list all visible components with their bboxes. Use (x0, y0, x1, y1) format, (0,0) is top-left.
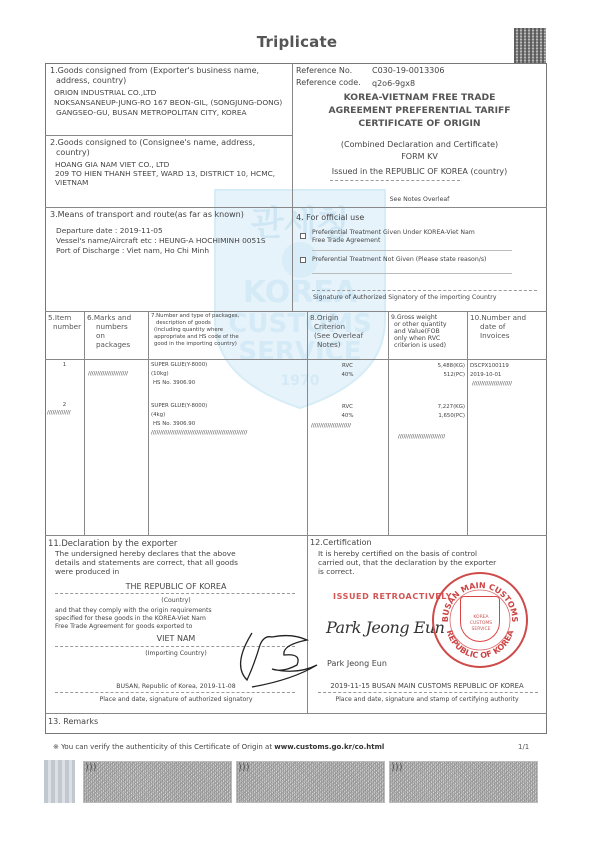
preferential-given-label: Preferential Treatment Given Under KOREA… (312, 229, 475, 237)
header-desc-cont: good in the importing country) (154, 341, 237, 348)
reference-code-label: Reference code. (296, 78, 361, 88)
issued-in: Issued in the REPUBLIC OF KOREA (country… (292, 167, 547, 177)
box4-label: 4. For official use (296, 213, 364, 223)
stamp-text: CUSTOMS (461, 621, 501, 627)
security-mark-icon: ))) (85, 763, 97, 773)
security-barcode: ))) (83, 761, 232, 803)
divider (307, 311, 308, 535)
divider (388, 311, 389, 535)
row2-desc-marks: ////////////////////////////////////////… (151, 430, 247, 437)
box2-label-cont: country) (56, 148, 90, 158)
preferential-given-label-cont: Free Trade Agreement (312, 237, 380, 245)
page-number: 1/1 (518, 743, 529, 751)
remarks-label: 13. Remarks (48, 717, 98, 727)
divider (45, 135, 292, 136)
declaration-text-1: The undersigned hereby declares that the… (55, 549, 236, 558)
producing-country: THE REPUBLIC OF KOREA (45, 582, 307, 592)
preferential-not-given-checkbox[interactable] (300, 257, 306, 263)
row2-desc-1: SUPER GLUE(Y-8000) (151, 403, 207, 410)
header-item-cont: number (53, 323, 81, 331)
box2-label: 2.Goods consigned to (Consignee's name, … (50, 138, 255, 148)
security-barcode-small (44, 760, 75, 803)
divider (84, 311, 85, 535)
row2-origin-marks: ////////////////////// (311, 423, 351, 430)
certifier-place-label: Place and date, signature and stamp of c… (307, 696, 547, 704)
verify-note: ※ You can verify the authenticity of thi… (53, 743, 384, 751)
row2-desc-2: (4kg) (151, 412, 165, 419)
row2-desc-3: HS No. 3906.90 (153, 421, 195, 428)
line (312, 250, 512, 251)
exporter-place-date: BUSAN, Republic of Korea, 2019-11-08 (45, 683, 307, 691)
box1-label-cont: address, country) (56, 76, 126, 86)
header-marks: 6.Marks and (87, 314, 131, 322)
exporter-address-2: GANGSEO-GU, BUSAN METROPOLITAN CITY, KOR… (56, 108, 247, 117)
certification-text-2: carried out, that the declaration by the… (318, 558, 496, 567)
security-mark-icon: ))) (391, 763, 403, 773)
verify-link[interactable]: www.customs.go.kr/co.html (274, 743, 384, 751)
row2-weight-2: 1,650(PC) (388, 413, 465, 420)
row2-origin-2: 40% (307, 413, 388, 420)
exporter-address-1: NOKSANSANEUP-JUNG-RO 167 BEON-GIL, (SONG… (54, 98, 282, 107)
row1-desc-3: HS No. 3906.90 (153, 380, 195, 387)
header-desc-cont: appropriate and HS code of the (154, 334, 239, 341)
header-weight-cont: criterion is used) (394, 342, 446, 350)
cert-title-line1: KOREA-VIETNAM FREE TRADE (292, 92, 547, 104)
row1-origin-2: 40% (307, 372, 388, 379)
cert-title-line2: AGREEMENT PREFERENTIAL TARIFF (292, 105, 547, 117)
divider (467, 311, 468, 535)
box3-label: 3.Means of transport and route(as far as… (50, 210, 244, 220)
customs-shield-icon: KOREA CUSTOMS SERVICE (460, 596, 500, 642)
invoice-marks: ////////////////////// (472, 381, 512, 388)
certifier-name: Park Jeong Eun (327, 659, 387, 669)
exporter-place-label: Place and date, signature of authorized … (45, 696, 307, 704)
header-marks-cont: packages (96, 341, 130, 349)
certification-text-3: is correct. (318, 567, 354, 576)
divider (45, 359, 547, 360)
certification-text-1: It is hereby certified on the basis of c… (318, 549, 477, 558)
verify-text: ※ You can verify the authenticity of thi… (53, 743, 274, 751)
dash-line (55, 593, 295, 594)
row2-origin-1: RVC (307, 404, 388, 411)
row1-desc-2: (10kg) (151, 371, 169, 378)
divider (148, 311, 149, 535)
header-invoice: 10.Number and (470, 314, 526, 322)
row1-marks: ////////////////////// (88, 371, 128, 378)
security-barcode: ))) (236, 761, 385, 803)
header-marks-cont: on (96, 332, 105, 340)
dash-line (318, 692, 538, 693)
security-mark-icon: ))) (238, 763, 250, 773)
header-origin: 8.Origin (310, 314, 339, 322)
row1-weight-1: 5,488(KG) (388, 363, 465, 370)
header-desc-cont: (including quantity where (154, 327, 223, 334)
header-desc-cont: description of goods (156, 320, 211, 327)
see-notes: See Notes Overleaf (292, 196, 547, 204)
divider (45, 535, 547, 536)
header-origin-cont: Notes) (317, 341, 341, 349)
row1-weight-2: 512(PC) (388, 372, 465, 379)
declaration-text-2: details and statements are correct, that… (55, 558, 238, 567)
stamp-text: SERVICE (461, 627, 501, 633)
header-item: 5.Item (48, 314, 71, 322)
exporter-name: ORION INDUSTRIAL CO.,LTD (54, 88, 156, 97)
row1-item: 1 (45, 362, 84, 369)
country-label: (Country) (45, 597, 307, 605)
preferential-given-checkbox[interactable] (300, 233, 306, 239)
reference-no-value: C030-19-0013306 (372, 66, 444, 76)
declaration-text-5: specified for these goods in the KOREA-V… (55, 615, 206, 623)
divider (45, 207, 547, 208)
header-origin-cont: Criterion (314, 323, 345, 331)
declaration-text-6: Free Trade Agreement for goods exported … (55, 623, 192, 631)
document-title: Triplicate (0, 33, 594, 51)
divider (45, 713, 547, 714)
preferential-not-given-label: Preferential Treatment Not Given (Please… (312, 256, 486, 264)
box11-label: 11.Declaration by the exporter (48, 538, 177, 548)
invoice-number: DSCPX100119 (470, 363, 509, 370)
header-origin-cont: (See Overleaf (314, 332, 363, 340)
customs-stamp: BUSAN MAIN CUSTOMS REPUBLIC OF KOREA KOR… (432, 572, 528, 668)
dash-line (330, 180, 460, 181)
qr-code (514, 28, 546, 63)
declaration-text-4: and that they comply with the origin req… (55, 607, 212, 615)
certifier-place-date: 2019-11-15 BUSAN MAIN CUSTOMS REPUBLIC O… (307, 683, 547, 691)
declaration-text-3: were produced in (55, 567, 119, 576)
reference-code-value: q2o6-9gx8 (372, 79, 415, 89)
box12-label: 12.Certification (310, 538, 372, 548)
row2-item: 2 (45, 402, 84, 409)
cert-title-line3: CERTIFICATE OF ORIGIN (292, 118, 547, 130)
consignee-name: HOANG GIA NAM VIET CO., LTD (55, 160, 169, 169)
row2-item-marks: ///////////// (47, 410, 71, 417)
reason-line (312, 273, 512, 274)
stamp-text: KOREA (461, 615, 501, 621)
form-name: FORM KV (292, 152, 547, 162)
box1-label: 1.Goods consigned from (Exporter's busin… (50, 66, 259, 76)
security-barcode: ))) (389, 761, 538, 803)
port-of-discharge: Port of Discharge : Viet nam, Ho Chi Min… (56, 246, 209, 255)
departure-date: Departure date : 2019-11-05 (56, 226, 163, 235)
signature-line (312, 290, 537, 291)
row2-weight-marks: ////////////////////////// (398, 434, 445, 441)
vessel-name: Vessel's name/Aircraft etc : HEUNG-A HOC… (56, 236, 266, 245)
invoice-date: 2019-10-01 (470, 372, 501, 379)
importing-signature-label: Signature of Authorized Signatory of the… (313, 294, 497, 302)
header-marks-cont: numbers (96, 323, 128, 331)
cert-subtitle: (Combined Declaration and Certificate) (292, 140, 547, 150)
certifier-signature: Park Jeong Eun (326, 618, 444, 637)
header-invoice-cont: date of (480, 323, 505, 331)
consignee-address-1: 209 TO HIEN THANH STEET, WARD 13, DISTRI… (55, 169, 275, 178)
row2-weight-1: 7,227(KG) (388, 404, 465, 411)
row1-origin-1: RVC (307, 363, 388, 370)
consignee-address-2: VIETNAM (55, 178, 88, 187)
divider (45, 311, 547, 312)
dash-line (55, 692, 295, 693)
header-invoice-cont: Invoices (480, 332, 509, 340)
row1-desc-1: SUPER GLUE(Y-8000) (151, 362, 207, 369)
header-desc: 7.Number and type of packages, (151, 313, 239, 320)
reference-no-label: Reference No. (296, 66, 352, 76)
